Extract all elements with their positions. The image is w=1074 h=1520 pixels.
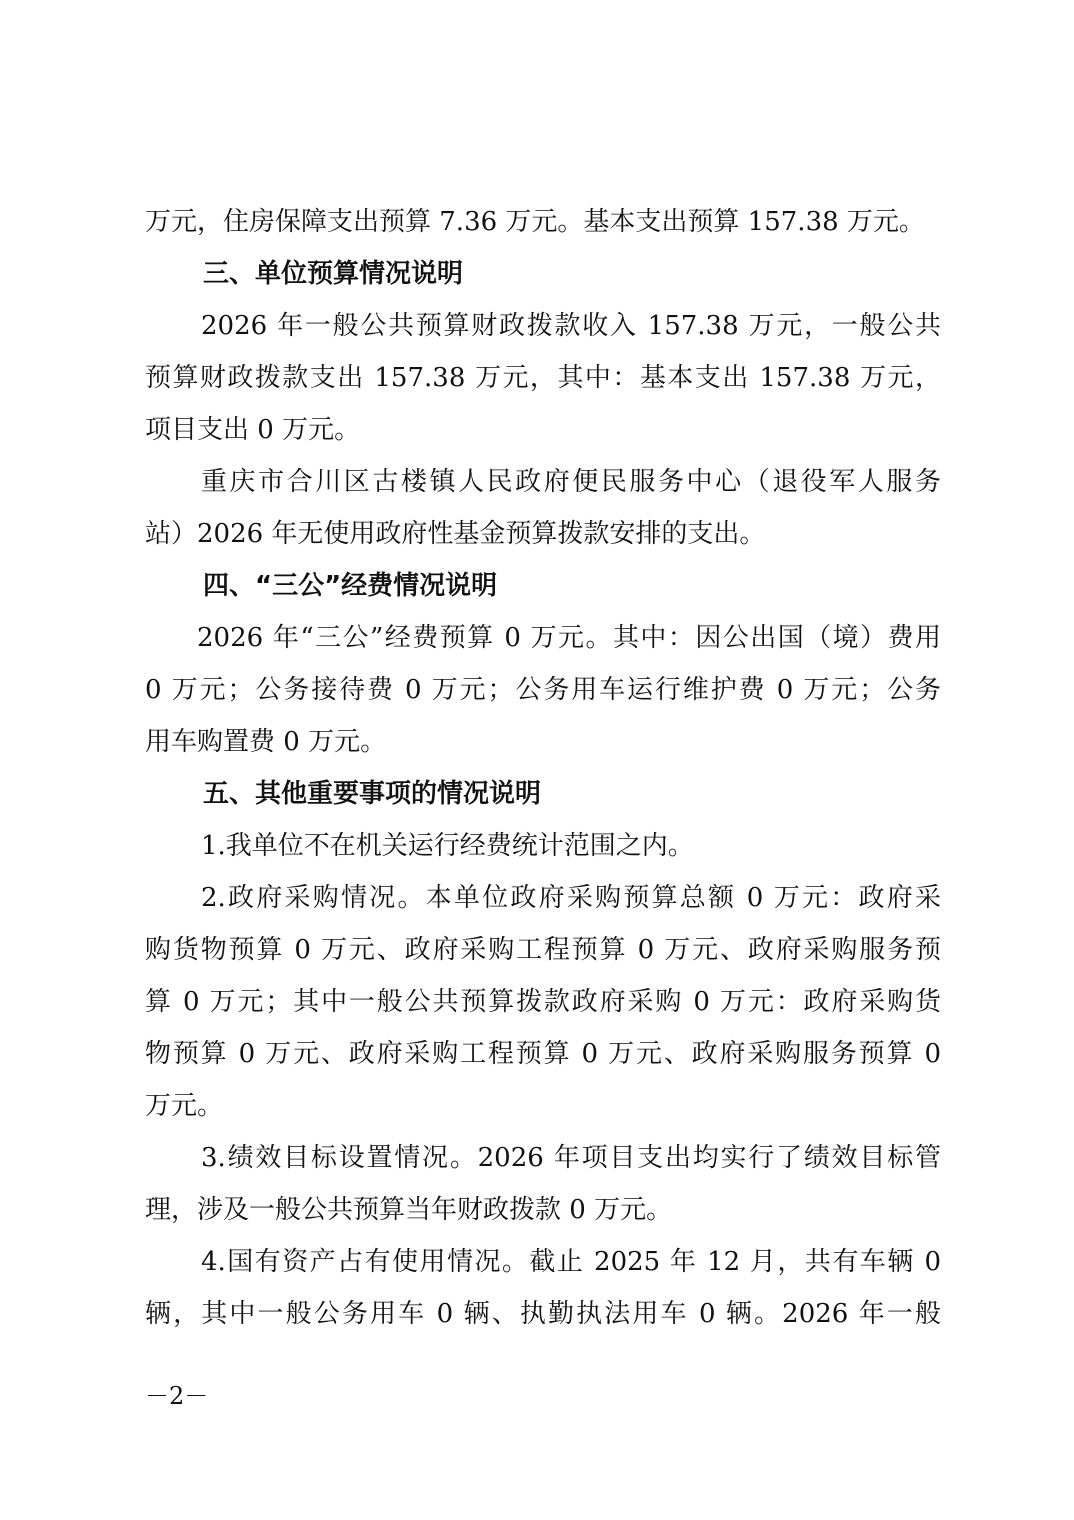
document-page: 万元，住房保障支出预算 7.36 万元。基本支出预算 157.38 万元。 三、…	[145, 196, 941, 1340]
section-heading-3: 三、单位预算情况说明	[145, 248, 941, 300]
paragraph-line: 3.绩效目标设置情况。2026 年项目支出均实行了绩效目标管	[145, 1132, 941, 1184]
paragraph-line: 万元，住房保障支出预算 7.36 万元。基本支出预算 157.38 万元。	[145, 196, 941, 248]
paragraph-line: 预算财政拨款支出 157.38 万元，其中：基本支出 157.38 万元，	[145, 352, 941, 404]
section-heading-4: 四、“三公”经费情况说明	[145, 560, 941, 612]
paragraph-line: 辆，其中一般公务用车 0 辆、执勤执法用车 0 辆。2026 年一般	[145, 1288, 941, 1340]
paragraph-line: 2026 年“三公”经费预算 0 万元。其中：因公出国（境）费用	[145, 612, 941, 664]
paragraph-line: 0 万元；公务接待费 0 万元；公务用车运行维护费 0 万元；公务	[145, 664, 941, 716]
paragraph-line: 2.政府采购情况。本单位政府采购预算总额 0 万元：政府采	[145, 872, 941, 924]
paragraph-line: 购货物预算 0 万元、政府采购工程预算 0 万元、政府采购服务预	[145, 924, 941, 976]
paragraph-line: 1.我单位不在机关运行经费统计范围之内。	[145, 820, 941, 872]
paragraph-line: 4.国有资产占有使用情况。截止 2025 年 12 月，共有车辆 0	[145, 1236, 941, 1288]
section-heading-5: 五、其他重要事项的情况说明	[145, 768, 941, 820]
paragraph-line: 万元。	[145, 1080, 941, 1132]
paragraph-line: 站）2026 年无使用政府性基金预算拨款安排的支出。	[145, 508, 941, 560]
paragraph-line: 用车购置费 0 万元。	[145, 716, 941, 768]
page-number: －2－	[145, 1376, 208, 1411]
paragraph-line: 物预算 0 万元、政府采购工程预算 0 万元、政府采购服务预算 0	[145, 1028, 941, 1080]
paragraph-line: 项目支出 0 万元。	[145, 404, 941, 456]
paragraph-line: 理，涉及一般公共预算当年财政拨款 0 万元。	[145, 1184, 941, 1236]
paragraph-line: 2026 年一般公共预算财政拨款收入 157.38 万元，一般公共	[145, 300, 941, 352]
paragraph-line: 算 0 万元；其中一般公共预算拨款政府采购 0 万元：政府采购货	[145, 976, 941, 1028]
paragraph-line: 重庆市合川区古楼镇人民政府便民服务中心（退役军人服务	[145, 456, 941, 508]
